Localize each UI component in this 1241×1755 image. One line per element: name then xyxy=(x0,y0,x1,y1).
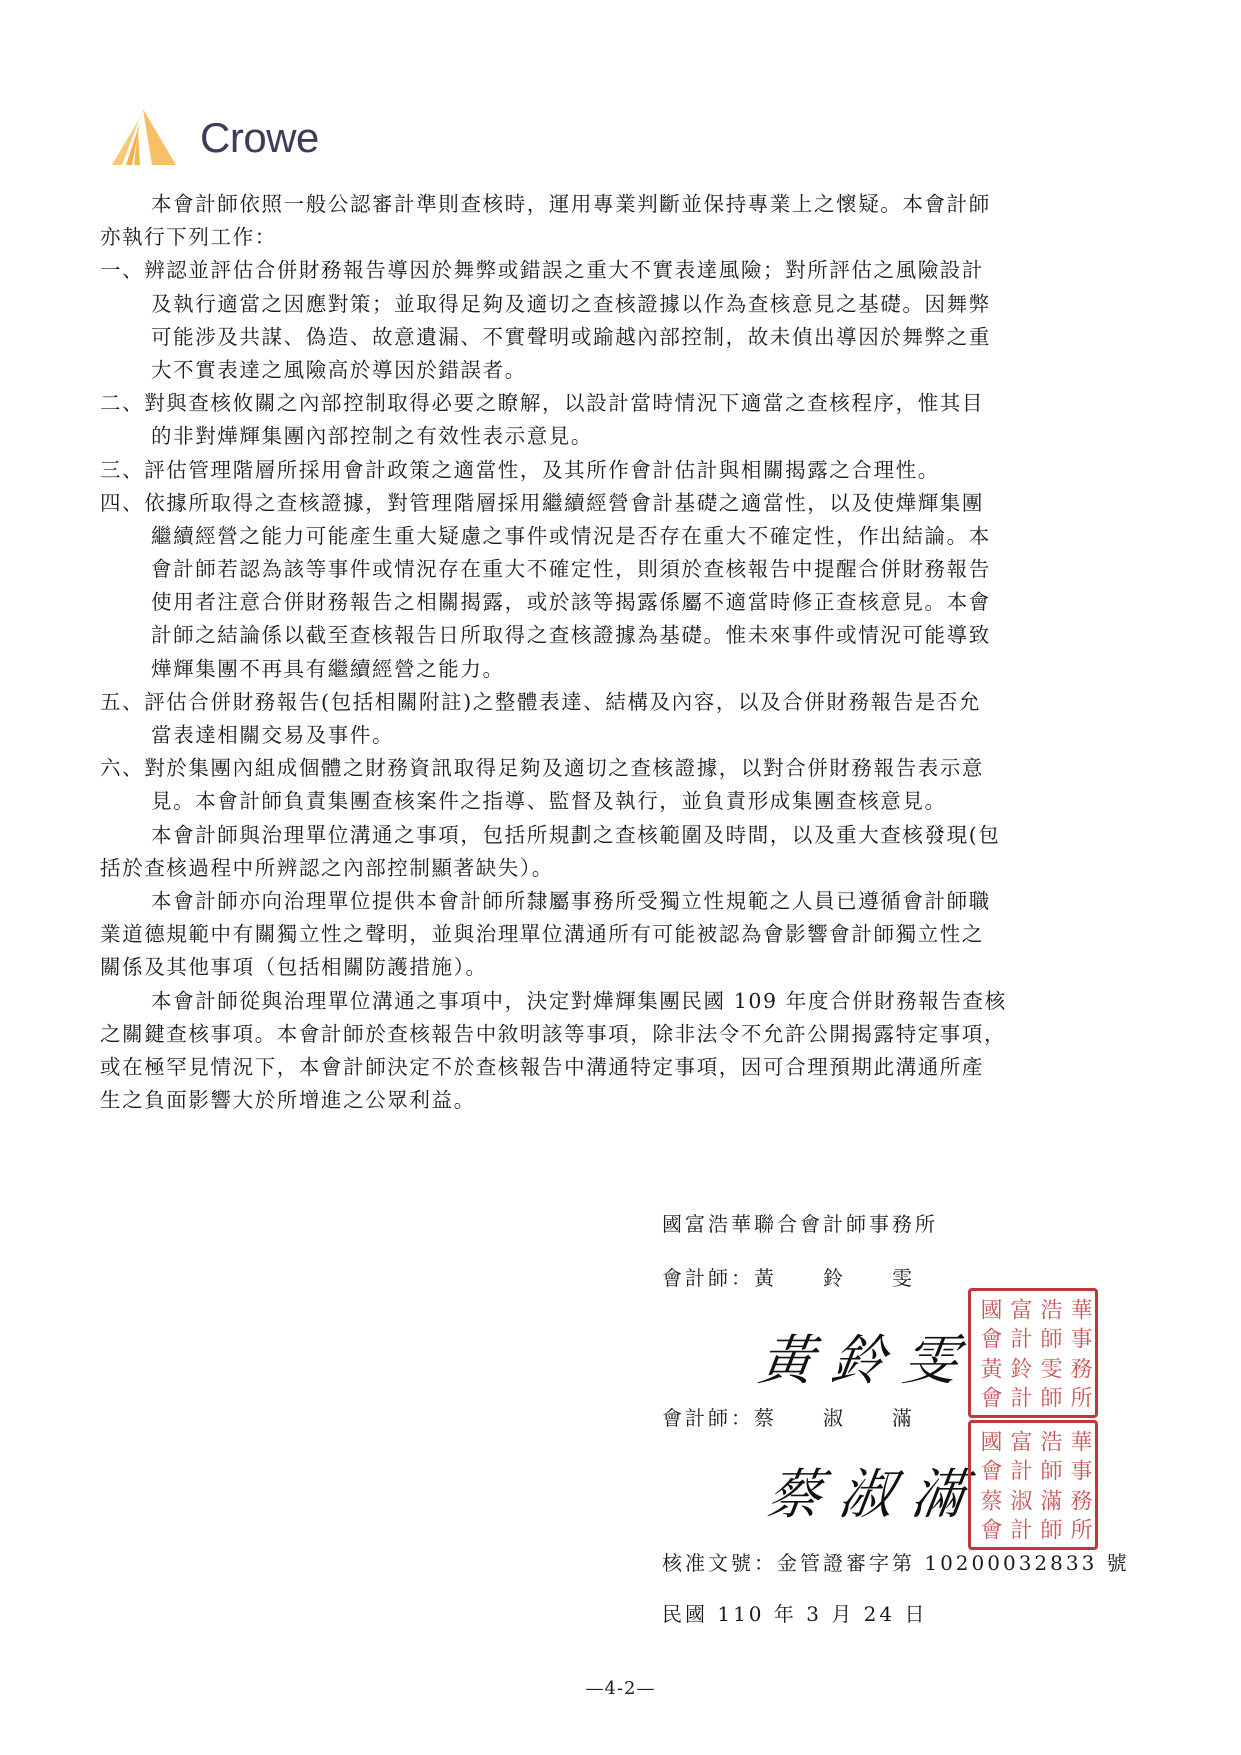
seal-character: 雯 xyxy=(1035,1354,1064,1382)
body-line: 生之負面影響大於所增進之公眾利益。 xyxy=(100,1084,1112,1117)
seal-character: 滿 xyxy=(1035,1486,1064,1514)
body-line: 三、評估管理階層所採用會計政策之適當性，及其所作會計估計與相關揭露之合理性。 xyxy=(100,454,1112,487)
seal-character: 浩 xyxy=(1035,1295,1064,1323)
body-line: 四、依據所取得之查核證據，對管理階層採用繼續經營會計基礎之適當性，以及使燁輝集團 xyxy=(100,487,1112,520)
body-line: 會計師若認為該等事件或情況存在重大不確定性，則須於查核報告中提醒合併財務報告 xyxy=(100,553,1112,586)
cpa1-label: 會計師：黃 鈴 雯 xyxy=(662,1262,915,1291)
body-line: 亦執行下列工作： xyxy=(100,221,1112,254)
body-line: 使用者注意合併財務報告之相關揭露，或於該等揭露係屬不適當時修正查核意見。本會 xyxy=(100,586,1112,619)
body-line: 的非對燁輝集團內部控制之有效性表示意見。 xyxy=(100,420,1112,453)
body-line: 見。本會計師負責集團查核案件之指導、監督及執行，並負責形成集團查核意見。 xyxy=(100,785,1112,818)
seal-character: 計 xyxy=(1005,1515,1034,1543)
body-line: 本會計師亦向治理單位提供本會計師所隸屬事務所受獨立性規範之人員已遵循會計師職 xyxy=(100,885,1112,918)
seal-character: 所 xyxy=(1065,1383,1094,1411)
seal-character: 會 xyxy=(975,1515,1004,1543)
crowe-mountain-icon xyxy=(108,109,178,167)
seal-character: 會 xyxy=(975,1383,1004,1411)
body-line: 本會計師從與治理單位溝通之事項中，決定對燁輝集團民國 109 年度合併財務報告查… xyxy=(100,985,1112,1018)
page-number: —4-2— xyxy=(0,1678,1241,1699)
seal-character: 國 xyxy=(975,1427,1004,1455)
report-body: 本會計師依照一般公認審計準則查核時，運用專業判斷並保持專業上之懷疑。本會計師亦執… xyxy=(100,188,1112,1117)
seal-character: 會 xyxy=(975,1456,1004,1484)
seal-character: 黃 xyxy=(975,1354,1004,1382)
seal-character: 計 xyxy=(1005,1456,1034,1484)
body-line: 大不實表達之風險高於導因於錯誤者。 xyxy=(100,354,1112,387)
seal-character: 華 xyxy=(1065,1295,1094,1323)
seal-character: 務 xyxy=(1065,1354,1094,1382)
brand-name: Crowe xyxy=(200,114,319,162)
body-line: 繼續經營之能力可能產生重大疑慮之事件或情況是否存在重大不確定性，作出結論。本 xyxy=(100,520,1112,553)
seal-character: 事 xyxy=(1065,1456,1094,1484)
firm-name: 國富浩華聯合會計師事務所 xyxy=(662,1208,938,1237)
seal-character: 師 xyxy=(1035,1324,1064,1352)
seal-character: 師 xyxy=(1035,1383,1064,1411)
seal-character: 會 xyxy=(975,1324,1004,1352)
body-line: 或在極罕見情況下，本會計師決定不於查核報告中溝通特定事項，因可合理預期此溝通所產 xyxy=(100,1051,1112,1084)
body-line: 一、辨認並評估合併財務報告導因於舞弊或錯誤之重大不實表達風險；對所評估之風險設計 xyxy=(100,254,1112,287)
seal-character: 浩 xyxy=(1035,1427,1064,1455)
body-line: 業道德規範中有關獨立性之聲明，並與治理單位溝通所有可能被認為會影響會計師獨立性之 xyxy=(100,918,1112,951)
seal-character: 淑 xyxy=(1005,1486,1034,1514)
seal-character: 計 xyxy=(1005,1383,1034,1411)
crowe-logo: Crowe xyxy=(108,108,319,168)
seal-character: 所 xyxy=(1065,1515,1094,1543)
seal-character: 華 xyxy=(1065,1427,1094,1455)
cpa2-label: 會計師：蔡 淑 滿 xyxy=(662,1402,915,1431)
body-line: 本會計師與治理單位溝通之事項，包括所規劃之查核範圍及時間，以及重大查核發現(包 xyxy=(100,819,1112,852)
body-line: 五、評估合併財務報告(包括相關附註)之整體表達、結構及內容，以及合併財務報告是否… xyxy=(100,686,1112,719)
seal-character: 務 xyxy=(1065,1486,1094,1514)
body-line: 括於查核過程中所辨認之內部控制顯著缺失）。 xyxy=(100,852,1112,885)
seal-character: 師 xyxy=(1035,1515,1064,1543)
cpa2-seal: 國富浩華會計師事蔡淑滿務會計師所 xyxy=(968,1420,1098,1550)
report-date: 民國 110 年 3 月 24 日 xyxy=(662,1598,928,1627)
seal-character: 蔡 xyxy=(975,1486,1004,1514)
seal-character: 師 xyxy=(1035,1456,1064,1484)
seal-character: 國 xyxy=(975,1295,1004,1323)
seal-character: 富 xyxy=(1005,1295,1034,1323)
body-line: 關係及其他事項（包括相關防護措施）。 xyxy=(100,951,1112,984)
seal-character: 富 xyxy=(1005,1427,1034,1455)
seal-character: 鈴 xyxy=(1005,1354,1034,1382)
body-line: 本會計師依照一般公認審計準則查核時，運用專業判斷並保持專業上之懷疑。本會計師 xyxy=(100,188,1112,221)
approval-number: 核准文號：金管證審字第 10200032833 號 xyxy=(662,1547,1130,1576)
seal-character: 計 xyxy=(1005,1324,1034,1352)
seal-character: 事 xyxy=(1065,1324,1094,1352)
cpa2-handwritten-signature: 蔡淑滿 xyxy=(763,1452,990,1529)
body-line: 六、對於集團內組成個體之財務資訊取得足夠及適切之查核證據，以對合併財務報告表示意 xyxy=(100,752,1112,785)
body-line: 可能涉及共謀、偽造、故意遺漏、不實聲明或踰越內部控制，故未偵出導因於舞弊之重 xyxy=(100,321,1112,354)
body-line: 二、對與查核攸關之內部控制取得必要之瞭解，以設計當時情況下適當之查核程序，惟其目 xyxy=(100,387,1112,420)
body-line: 計師之結論係以截至查核報告日所取得之查核證據為基礎。惟未來事件或情況可能導致 xyxy=(100,619,1112,652)
body-line: 之關鍵查核事項。本會計師於查核報告中敘明該等事項，除非法令不允許公開揭露特定事項… xyxy=(100,1018,1112,1051)
body-line: 及執行適當之因應對策；並取得足夠及適切之查核證據以作為查核意見之基礎。因舞弊 xyxy=(100,288,1112,321)
body-line: 當表達相關交易及事件。 xyxy=(100,719,1112,752)
cpa1-handwritten-signature: 黃鈴雯 xyxy=(755,1318,982,1395)
body-line: 燁輝集團不再具有繼續經營之能力。 xyxy=(100,653,1112,686)
cpa1-seal: 國富浩華會計師事黃鈴雯務會計師所 xyxy=(968,1288,1098,1418)
